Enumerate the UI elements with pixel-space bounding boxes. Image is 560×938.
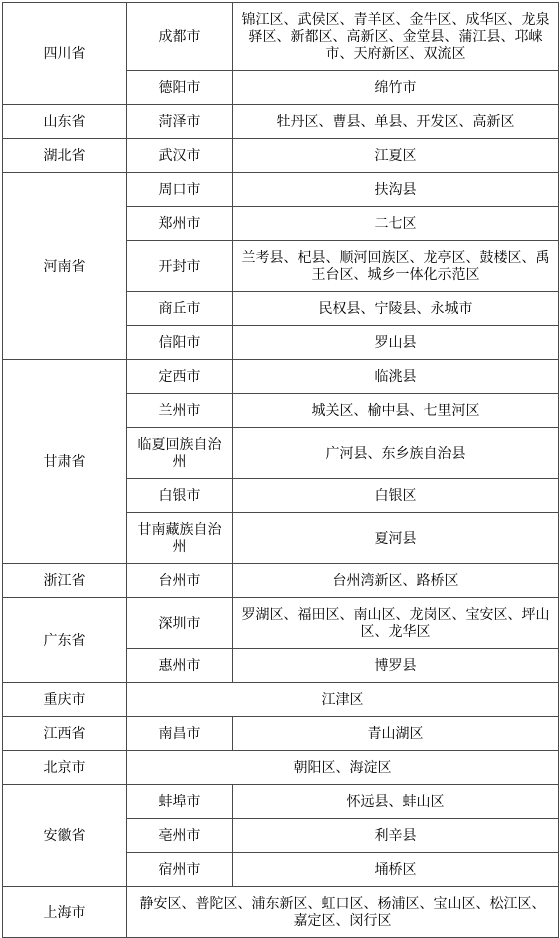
- districts-cell: 城关区、榆中县、七里河区: [233, 394, 559, 428]
- province-cell: 河南省: [3, 173, 127, 360]
- districts-cell: 扶沟县: [233, 173, 559, 207]
- city-cell: 周口市: [127, 173, 233, 207]
- table-row: 上海市 静安区、普陀区、浦东新区、虹口区、杨浦区、宝山区、松江区、嘉定区、闵行区: [3, 887, 559, 938]
- districts-cell: 台州湾新区、路桥区: [233, 564, 559, 598]
- province-cell: 四川省: [3, 3, 127, 105]
- districts-cell: 临洮县: [233, 360, 559, 394]
- table-row: 甘肃省 定西市 临洮县: [3, 360, 559, 394]
- province-city-districts-table: 四川省 成都市 锦江区、武侯区、青羊区、金牛区、成华区、龙泉驿区、新都区、高新区…: [2, 2, 559, 938]
- city-cell: 开封市: [127, 241, 233, 292]
- districts-cell: 利辛县: [233, 819, 559, 853]
- districts-cell: 埇桥区: [233, 853, 559, 887]
- city-cell: 兰州市: [127, 394, 233, 428]
- table-row: 湖北省 武汉市 江夏区: [3, 139, 559, 173]
- province-cell: 甘肃省: [3, 360, 127, 564]
- districts-cell: 绵竹市: [233, 71, 559, 105]
- city-cell: 定西市: [127, 360, 233, 394]
- city-cell: 亳州市: [127, 819, 233, 853]
- province-cell: 上海市: [3, 887, 127, 938]
- districts-cell: 白银区: [233, 479, 559, 513]
- districts-cell: 罗山县: [233, 326, 559, 360]
- province-cell: 湖北省: [3, 139, 127, 173]
- city-cell: 郑州市: [127, 207, 233, 241]
- city-cell: 德阳市: [127, 71, 233, 105]
- table-row: 河南省 周口市 扶沟县: [3, 173, 559, 207]
- districts-cell: 江夏区: [233, 139, 559, 173]
- city-cell: 南昌市: [127, 717, 233, 751]
- districts-cell-merged: 静安区、普陀区、浦东新区、虹口区、杨浦区、宝山区、松江区、嘉定区、闵行区: [127, 887, 559, 938]
- city-cell: 商丘市: [127, 292, 233, 326]
- table-row: 广东省 深圳市 罗湖区、福田区、南山区、龙岗区、宝安区、坪山区、龙华区: [3, 598, 559, 649]
- districts-cell: 牡丹区、曹县、单县、开发区、高新区: [233, 105, 559, 139]
- districts-cell: 二七区: [233, 207, 559, 241]
- districts-cell: 青山湖区: [233, 717, 559, 751]
- table-row: 安徽省 蚌埠市 怀远县、蚌山区: [3, 785, 559, 819]
- page: 四川省 成都市 锦江区、武侯区、青羊区、金牛区、成华区、龙泉驿区、新都区、高新区…: [0, 0, 560, 895]
- districts-cell: 兰考县、杞县、顺河回族区、龙亭区、鼓楼区、禹王台区、城乡一体化示范区: [233, 241, 559, 292]
- table-row: 重庆市 江津区: [3, 683, 559, 717]
- table-row: 山东省 菏泽市 牡丹区、曹县、单县、开发区、高新区: [3, 105, 559, 139]
- city-cell: 菏泽市: [127, 105, 233, 139]
- districts-cell-merged: 江津区: [127, 683, 559, 717]
- city-cell: 惠州市: [127, 649, 233, 683]
- city-cell: 成都市: [127, 3, 233, 71]
- districts-cell: 锦江区、武侯区、青羊区、金牛区、成华区、龙泉驿区、新都区、高新区、金堂县、蒲江县…: [233, 3, 559, 71]
- city-cell: 临夏回族自治州: [127, 428, 233, 479]
- city-cell: 宿州市: [127, 853, 233, 887]
- province-cell: 浙江省: [3, 564, 127, 598]
- districts-cell: 博罗县: [233, 649, 559, 683]
- city-cell: 白银市: [127, 479, 233, 513]
- districts-cell: 民权县、宁陵县、永城市: [233, 292, 559, 326]
- table-row: 北京市 朝阳区、海淀区: [3, 751, 559, 785]
- districts-cell: 怀远县、蚌山区: [233, 785, 559, 819]
- table-row: 四川省 成都市 锦江区、武侯区、青羊区、金牛区、成华区、龙泉驿区、新都区、高新区…: [3, 3, 559, 71]
- districts-cell: 广河县、东乡族自治县: [233, 428, 559, 479]
- province-cell: 山东省: [3, 105, 127, 139]
- city-cell: 台州市: [127, 564, 233, 598]
- city-cell: 蚌埠市: [127, 785, 233, 819]
- districts-cell: 夏河县: [233, 513, 559, 564]
- table-row: 江西省 南昌市 青山湖区: [3, 717, 559, 751]
- city-cell: 深圳市: [127, 598, 233, 649]
- city-cell: 信阳市: [127, 326, 233, 360]
- province-cell: 江西省: [3, 717, 127, 751]
- city-cell: 武汉市: [127, 139, 233, 173]
- province-cell: 重庆市: [3, 683, 127, 717]
- province-cell: 广东省: [3, 598, 127, 683]
- districts-cell: 罗湖区、福田区、南山区、龙岗区、宝安区、坪山区、龙华区: [233, 598, 559, 649]
- province-cell: 安徽省: [3, 785, 127, 887]
- districts-cell-merged: 朝阳区、海淀区: [127, 751, 559, 785]
- city-cell: 甘南藏族自治州: [127, 513, 233, 564]
- province-cell: 北京市: [3, 751, 127, 785]
- table-row: 浙江省 台州市 台州湾新区、路桥区: [3, 564, 559, 598]
